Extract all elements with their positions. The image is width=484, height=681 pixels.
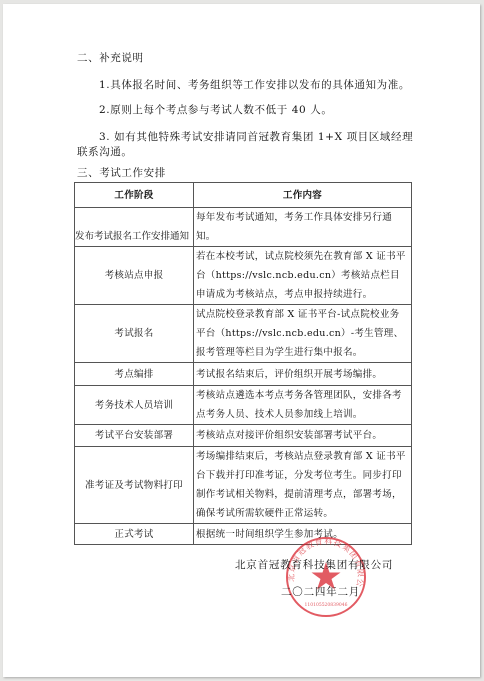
section2-item-3: 3. 如有其他特殊考试安排请同首冠教育集团 1+X 项目区域经理 <box>99 129 413 144</box>
schedule-table: 工作阶段 工作内容 发布考试报名工作安排通知 每年发布考试通知，考务工作具体安排… <box>74 182 412 545</box>
stage-cell: 准考证及考试物料打印 <box>75 447 194 524</box>
signature-company: 北京首冠教育科技集团有限公司 <box>235 557 393 572</box>
header-stage: 工作阶段 <box>75 183 194 208</box>
header-content: 工作内容 <box>194 183 412 208</box>
seal-number: 110105520839046 <box>305 602 348 608</box>
signature-date: 二〇二四年二月 <box>281 584 360 599</box>
stage-cell: 正式考试 <box>75 524 194 545</box>
section2-heading: 二、补充说明 <box>77 50 144 65</box>
table-row: 考试报名 试点院校登录教育部 X 证书平台-试点院校业务平台（https://v… <box>75 305 412 363</box>
stage-cell: 发布考试报名工作安排通知 <box>75 208 194 247</box>
stage-cell: 考点编排 <box>75 363 194 386</box>
content-cell: 考核站点遴选本考点考务各管理团队，安排各考点考务人员、技术人员参加线上培训。 <box>194 386 412 425</box>
content-cell: 每年发布考试通知，考务工作具体安排另行通知。 <box>194 208 412 247</box>
table-row: 准考证及考试物料打印 考场编排结束后，考核站点登录教育部 X 证书平台下载并打印… <box>75 447 412 524</box>
section2-item-1: 1.具体报名时间、考务组织等工作安排以发布的具体通知为准。 <box>99 77 410 92</box>
section2-item-3-cont: 联系沟通。 <box>77 144 133 159</box>
section3-heading: 三、考试工作安排 <box>77 165 166 180</box>
stage-cell: 考核站点申报 <box>75 247 194 305</box>
company-seal-icon: 北京首冠教育科技集团有限公司 110105520839046 <box>283 534 369 620</box>
content-cell: 考场编排结束后，考核站点登录教育部 X 证书平台下载并打印准考证，分发考位考生。… <box>194 447 412 524</box>
content-cell: 考试报名结束后，评价组织开展考场编排。 <box>194 363 412 386</box>
table-row: 考试平台安装部署 考核站点对接评价组织安装部署考试平台。 <box>75 425 412 447</box>
table-row: 考点编排 考试报名结束后，评价组织开展考场编排。 <box>75 363 412 386</box>
content-cell: 若在本校考试，试点院校须先在教育部 X 证书平台（https://vslc.nc… <box>194 247 412 305</box>
stage-cell: 考试平台安装部署 <box>75 425 194 447</box>
content-cell: 试点院校登录教育部 X 证书平台-试点院校业务平台（https://vslc.n… <box>194 305 412 363</box>
table-header-row: 工作阶段 工作内容 <box>75 183 412 208</box>
table-row: 考务技术人员培训 考核站点遴选本考点考务各管理团队，安排各考点考务人员、技术人员… <box>75 386 412 425</box>
section2-item-2: 2.原则上每个考点参与考试人数不低于 40 人。 <box>99 102 332 117</box>
stage-cell: 考务技术人员培训 <box>75 386 194 425</box>
table-row: 考核站点申报 若在本校考试，试点院校须先在教育部 X 证书平台（https://… <box>75 247 412 305</box>
stage-cell: 考试报名 <box>75 305 194 363</box>
document-page: 二、补充说明 1.具体报名时间、考务组织等工作安排以发布的具体通知为准。 2.原… <box>3 4 480 677</box>
content-cell: 考核站点对接评价组织安装部署考试平台。 <box>194 425 412 447</box>
table-row: 发布考试报名工作安排通知 每年发布考试通知，考务工作具体安排另行通知。 <box>75 208 412 247</box>
